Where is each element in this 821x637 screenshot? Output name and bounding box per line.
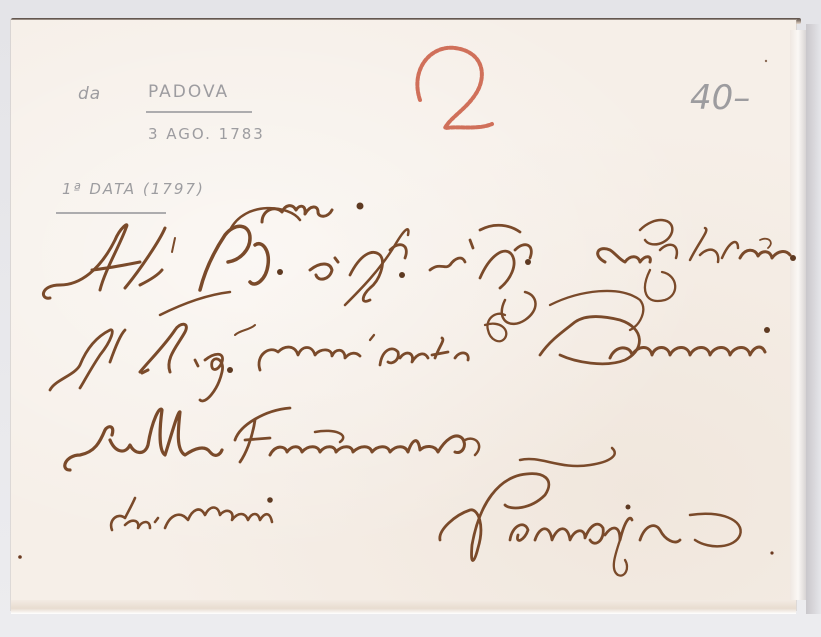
handwriting-layer (0, 0, 821, 637)
address-line-4 (111, 474, 741, 576)
address-line-3 (65, 408, 615, 470)
address-line-1 (43, 208, 796, 330)
paper-speck (770, 551, 773, 554)
superscript-mo (262, 203, 364, 223)
red-rate-mark-2 (417, 48, 492, 128)
address-line-2 (50, 314, 770, 401)
paper-speck (765, 60, 767, 62)
paper-speck (18, 555, 22, 559)
